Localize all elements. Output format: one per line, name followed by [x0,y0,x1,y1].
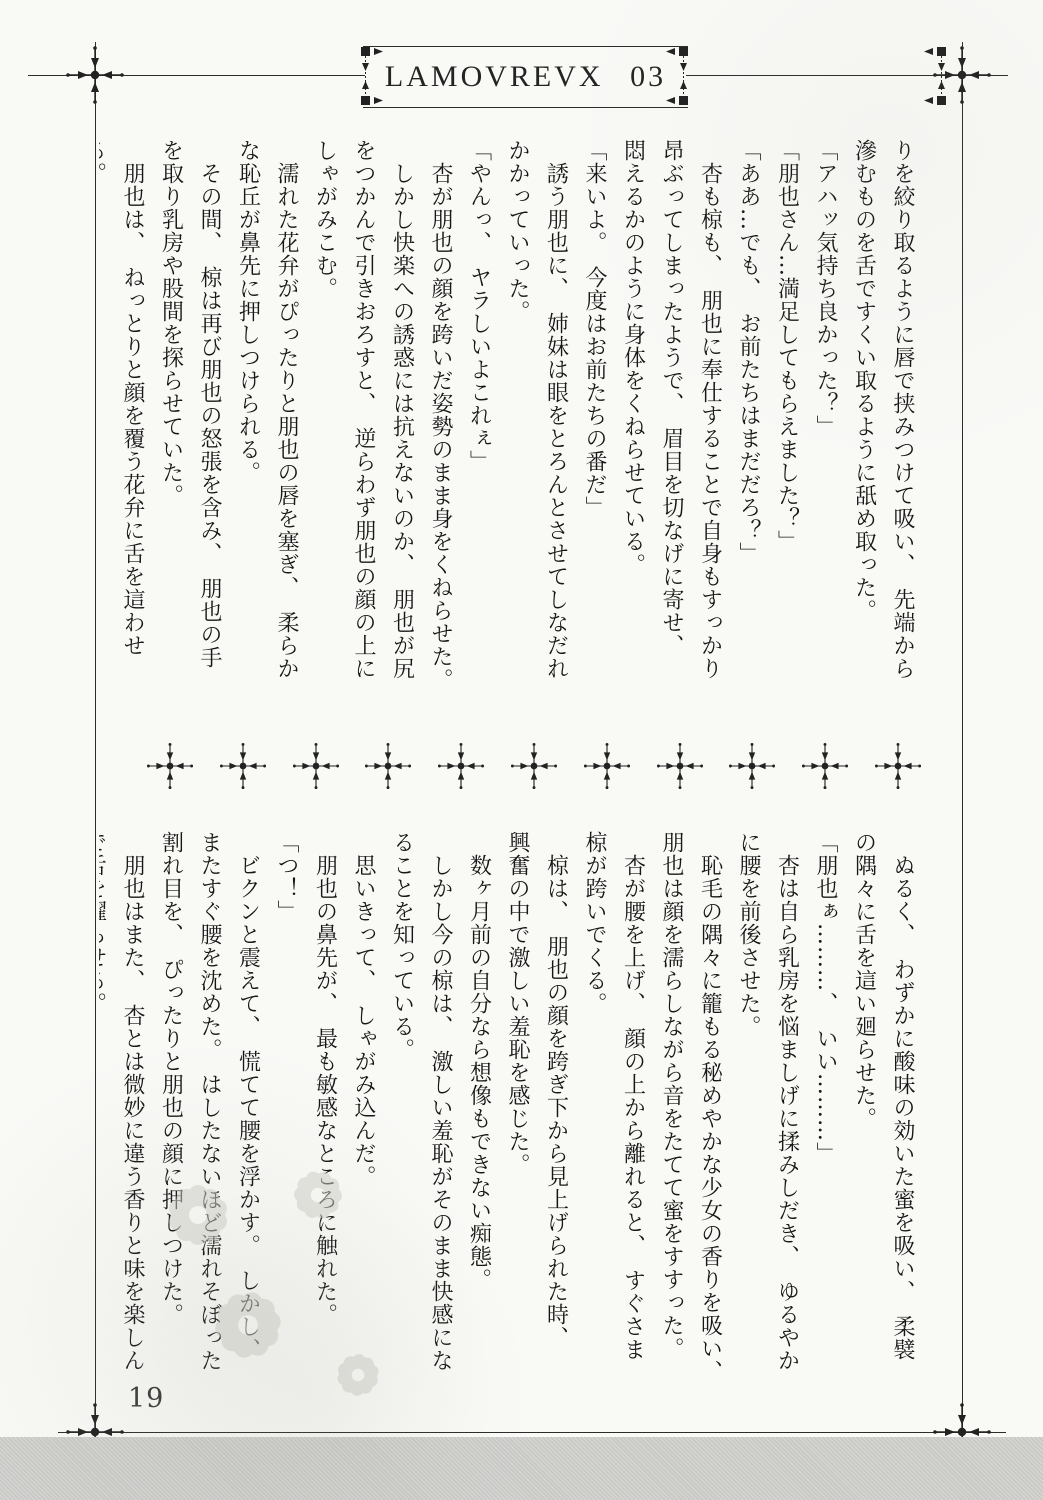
vertical-text-paragraph: 朋也は、 ねっとりと顔を覆う花弁に舌を這わせる。 [99,139,151,691]
vertical-text-paragraph: 杏が朋也の顔を跨いだ姿勢のまま身をくねらせた。 [421,139,460,691]
vertical-text-paragraph: しかし快楽への誘惑には抗えないのか、 朋也が尻をつかんで引きおろすと、 逆らわず… [305,139,421,691]
vertical-text-paragraph: りを絞り取るように唇で挟みつけて吸い、 先端から滲むものを舌ですくい取るように舐… [844,139,921,691]
frame-rule-bottom [58,1432,1006,1433]
divider-cross-icon [801,738,849,794]
vertical-text-block-top: りを絞り取るように唇で挟みつけて吸い、 先端から滲むものを舌ですくい取るように舐… [99,139,921,691]
divider-cross-icon [364,738,412,794]
vertical-text-paragraph: 杏が腰を上げ、 顔の上から離れると、 すぐさま椋が跨いでくる。 [575,831,652,1383]
vertical-text-paragraph: 「やんっ、 ヤラしいよこれぇ」 [459,139,498,691]
vertical-text-paragraph: 恥毛の隅々に籠もる秘めやかな少女の香りを吸い、 朋也は顔を濡らしながら音をたてて… [652,831,729,1383]
vertical-text-paragraph: その間、 椋は再び朋也の怒張を含み、 朋也の手を取り乳房や股間を探らせていた。 [151,139,228,691]
vertical-text-paragraph: 杏は自ら乳房を悩ましげに揉みしだき、 ゆるやかに腰を前後させた。 [729,831,806,1383]
frame-rule-left [95,42,96,1462]
divider-cross-icon [583,738,631,794]
divider-cross-icon [510,738,558,794]
vertical-text-paragraph: 濡れた花弁がぴったりと朋也の唇を塞ぎ、 柔らかな恥丘が鼻先に押しつけられる。 [228,139,305,691]
title-box: LAMOVREVX 03 [363,46,688,108]
vertical-text-paragraph: 誘う朋也に、 姉妹は眼をとろんとさせてしなだれかかっていった。 [498,139,575,691]
vertical-text-paragraph: 「朋也ぁ………、 いい………」 [806,831,845,1383]
title-box-end-icon [664,47,688,105]
divider-cross-icon [728,738,776,794]
doujin-title: LAMOVREVX 03 [385,60,666,94]
section-divider [146,737,922,795]
vertical-text-paragraph: 「ああ…でも、 お前たちはまだだろ？」 [729,139,768,691]
divider-cross-icon [292,738,340,794]
title-box-end-icon [361,47,385,105]
vertical-text-paragraph: 杏も椋も、 朋也に奉仕することで自身もすっかり昂ぶってしまったようで、 眉目を切… [613,139,729,691]
scanned-page: LAMOVREVX 03 りを絞り取るように唇で挟みつけて吸い、 先端から滲むも… [0,0,1043,1500]
page-number: 19 [128,1383,164,1414]
divider-cross-icon [146,738,194,794]
vertical-text-paragraph: 「朋也さん…満足してもらえました？」 [767,139,806,691]
vertical-text-paragraph: 「来いよ。 今度はお前たちの番だ」 [575,139,614,691]
vertical-text-paragraph: 数ヶ月前の自分なら想像もできない痴態。 [459,831,498,1383]
divider-cross-icon [656,738,704,794]
frame-rule-right [962,42,963,1462]
edge-square-ornament-icon [922,47,946,105]
divider-cross-icon [437,738,485,794]
divider-cross-icon [219,738,267,794]
vertical-text-paragraph: 椋は、 朋也の顔を跨ぎ下から見上げられた時、 興奮の中で激しい羞恥を感じた。 [498,831,575,1383]
divider-cross-icon [874,738,922,794]
vertical-text-paragraph: 「アハッ気持ち良かった？」 [806,139,845,691]
corner-cross-icon [63,43,127,107]
scan-edge-shadow [0,1437,1043,1500]
flower-watermark-icon [128,1135,428,1430]
vertical-text-paragraph: ぬるく、 わずかに酸味の効いた蜜を吸い、 柔襞の隅々に舌を這い廻らせた。 [844,831,921,1383]
